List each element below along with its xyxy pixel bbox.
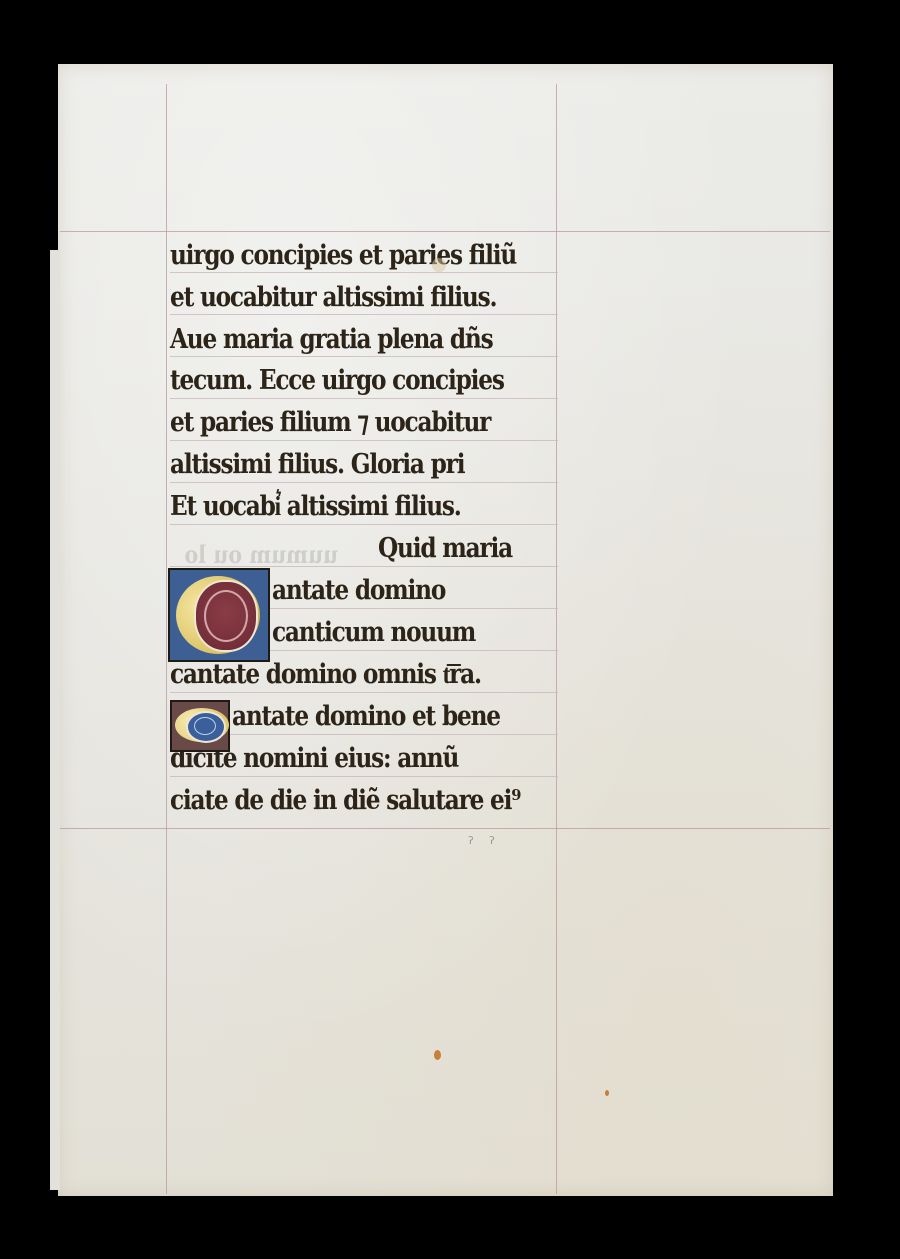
initial-infill [194,580,258,652]
manuscript-line: tecum. Ecce uirgo concipies [170,361,504,401]
ruling-bottom-horizontal [60,828,830,829]
manuscript-line: Et uocabi͛ altissimi filius. [170,487,461,527]
pencil-marks: ʔ ʔ [468,834,501,847]
knotwork-ornament-icon [204,590,248,642]
foxing-stain [434,1050,441,1060]
knotwork-ornament-icon [194,717,216,735]
show-through-text: uumum ou lo [184,540,337,569]
initial-infill [186,711,226,743]
rubric-line: Quid maria [378,529,512,569]
manuscript-line: antate domino [272,571,445,611]
manuscript-line: et paries filium ⁊ uocabitur [170,403,490,443]
manuscript-line: canticum nouum [272,613,475,653]
manuscript-line: antate domino et bene [232,697,500,737]
ruling-left-vertical [166,84,167,1194]
ruling-right-vertical [556,84,557,1194]
foxing-stain [605,1090,609,1096]
illuminated-initial-small-c [170,700,230,752]
manuscript-line: altissimi filius. Gloria pri [170,445,464,485]
ruling-top-horizontal [60,231,830,232]
manuscript-line: et uocabitur altissimi filius. [170,278,496,318]
foxing-stain [432,258,446,272]
manuscript-line: uirgo concipies et paries filiũ [170,236,516,276]
manuscript-line: ciate de die in diẽ salutare ei⁹ [170,781,520,821]
illuminated-initial-large-c [168,568,270,662]
manuscript-line: Aue maria gratia plena dñs [170,320,492,360]
leaf-edge [50,250,60,1190]
